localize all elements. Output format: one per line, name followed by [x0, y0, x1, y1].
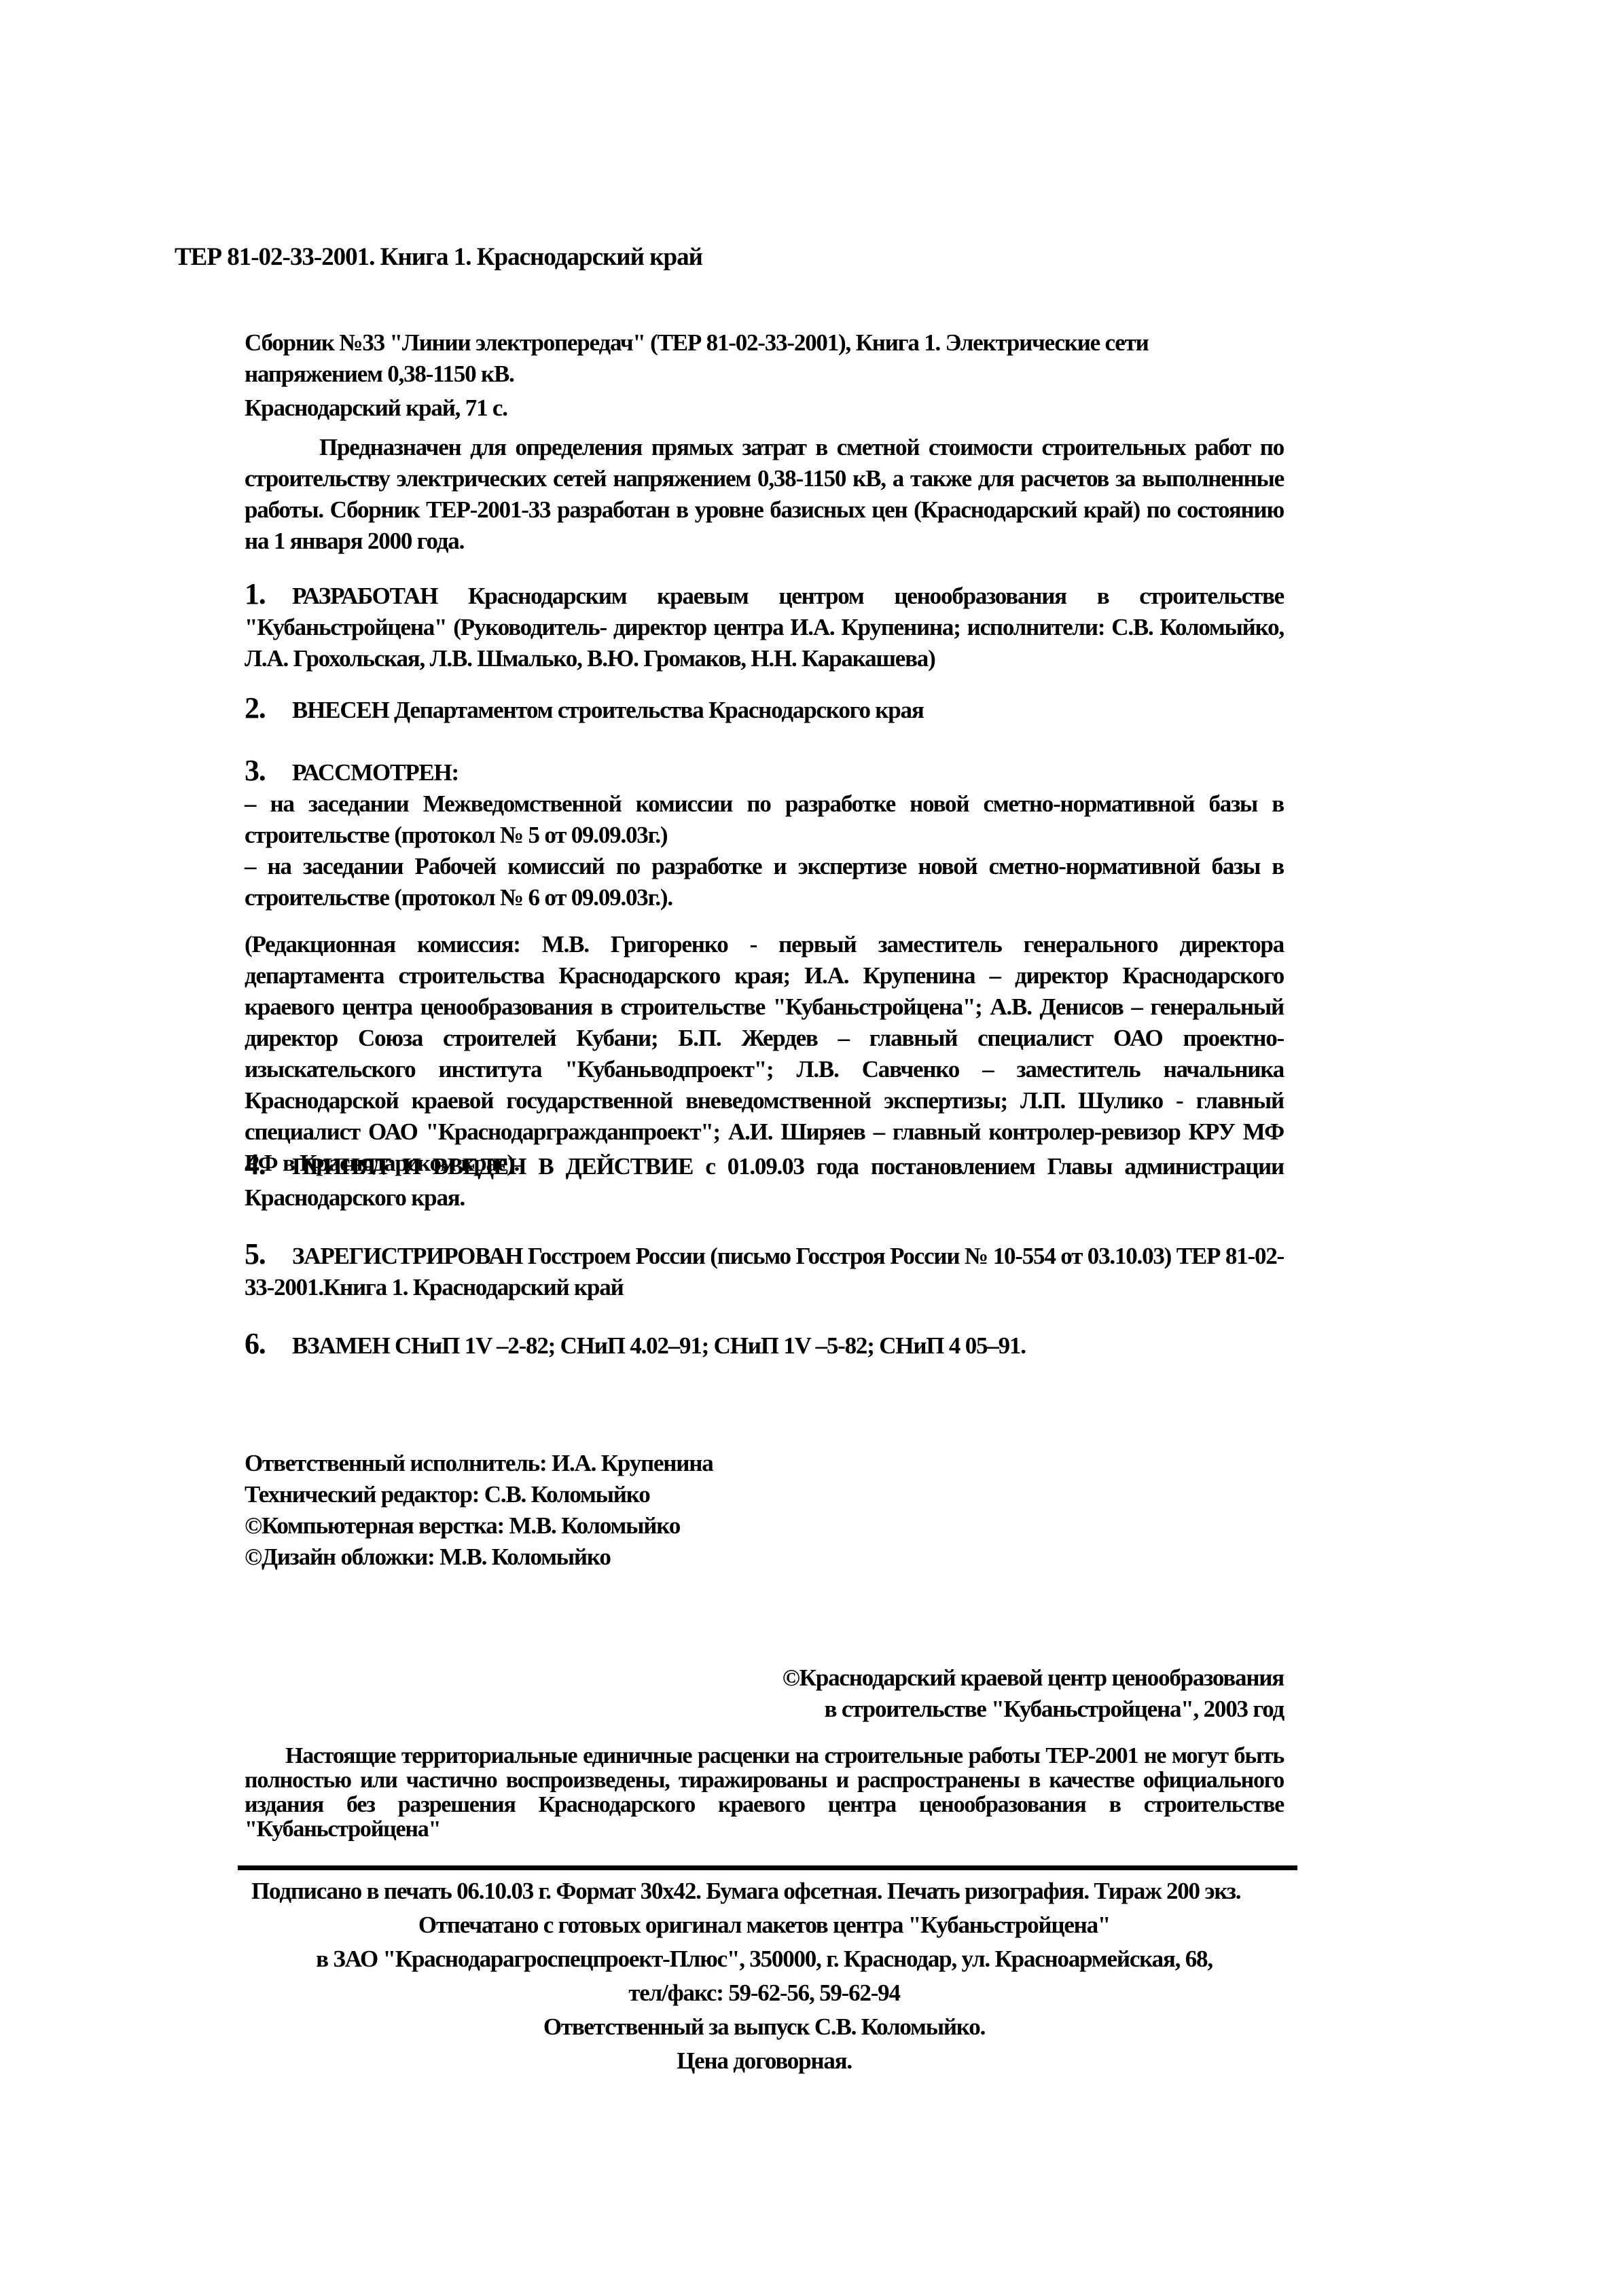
- copyright-line: в строительстве "Кубаньстройцена", 2003 …: [245, 1694, 1284, 1725]
- item-6: 6.ВЗАМЕН СНиП 1V –2-82; СНиП 4.02–91; СН…: [245, 1328, 1284, 1362]
- item-1: 1.РАЗРАБОТАН Краснодарским краевым центр…: [245, 579, 1284, 674]
- imprint-line: тел/факс: 59-62-56, 59-62-94: [245, 1976, 1284, 2010]
- imprint-line: Цена договорная.: [245, 2044, 1284, 2078]
- credit-line: Технический редактор: С.В. Коломыйко: [245, 1479, 1284, 1510]
- item-5: 5.ЗАРЕГИСТРИРОВАН Госстроем России (пись…: [245, 1239, 1284, 1303]
- item-label: ЗАРЕГИСТРИРОВАН: [292, 1243, 522, 1269]
- copyright-line: ©Краснодарский краевой центр ценообразов…: [245, 1662, 1284, 1694]
- item-number: 5.: [245, 1239, 292, 1270]
- editorial-board: (Редакционная комиссия: М.В. Григоренко …: [245, 929, 1284, 1179]
- item-sub-1: – на заседании Межведомственной комиссии…: [245, 788, 1284, 851]
- item-number: 4.: [245, 1149, 292, 1180]
- imprint: Подписано в печать 06.10.03 г. Формат 30…: [245, 1874, 1284, 2078]
- imprint-line: Отпечатано с готовых оригинал макетов це…: [245, 1908, 1284, 1942]
- item-number: 1.: [245, 579, 292, 610]
- item-4: 4.ПРИНЯТ И ВВЕДЕН В ДЕЙСТВИЕ с 01.09.03 …: [245, 1149, 1284, 1214]
- credit-line: ©Компьютерная верстка: М.В. Коломыйко: [245, 1510, 1284, 1542]
- credit-line: ©Дизайн обложки: М.В. Коломыйко: [245, 1542, 1284, 1573]
- item-label: РАЗРАБОТАН: [292, 583, 437, 609]
- page-header: ТЕР 81-02-33-2001. Книга 1. Краснодарски…: [175, 242, 702, 272]
- item-label: ВНЕСЕН: [292, 697, 389, 723]
- item-label: ВЗАМЕН: [292, 1332, 390, 1359]
- copyright: ©Краснодарский краевой центр ценообразов…: [245, 1662, 1284, 1725]
- item-2: 2.ВНЕСЕН Департаментом строительства Кра…: [245, 693, 1284, 726]
- credits: Ответственный исполнитель: И.А. Крупенин…: [245, 1448, 1284, 1573]
- item-number: 2.: [245, 693, 292, 724]
- item-number: 6.: [245, 1328, 292, 1360]
- item-label: ПРИНЯТ И ВВЕДЕН В ДЕЙСТВИЕ: [292, 1153, 693, 1180]
- credit-line: Ответственный исполнитель: И.А. Крупенин…: [245, 1448, 1284, 1479]
- item-3: 3.РАССМОТРЕН: – на заседании Межведомств…: [245, 755, 1284, 913]
- item-text: Департаментом строительства Краснодарско…: [389, 697, 924, 723]
- collection-meta: Краснодарский край, 71 с.: [245, 393, 1284, 424]
- item-label: РАССМОТРЕН:: [292, 759, 459, 786]
- item-number: 3.: [245, 755, 292, 786]
- intro-paragraph: Предназначен для определения прямых затр…: [245, 432, 1284, 557]
- imprint-line: в ЗАО "Краснодарагроспецпроект-Плюс", 35…: [245, 1942, 1284, 1976]
- collection-info: Сборник №33 "Линии электропередач" (ТЕР …: [245, 327, 1284, 424]
- imprint-line: Подписано в печать 06.10.03 г. Формат 30…: [245, 1874, 1284, 1908]
- copyright-notice: Настоящие территориальные единичные расц…: [245, 1744, 1284, 1842]
- item-sub-2: – на заседании Рабочей комиссий по разра…: [245, 851, 1284, 913]
- divider: [238, 1865, 1297, 1870]
- collection-title: Сборник №33 "Линии электропередач" (ТЕР …: [245, 327, 1284, 390]
- imprint-line: Ответственный за выпуск С.В. Коломыйко.: [245, 2010, 1284, 2044]
- item-text: СНиП 1V –2-82; СНиП 4.02–91; СНиП 1V –5-…: [390, 1332, 1026, 1359]
